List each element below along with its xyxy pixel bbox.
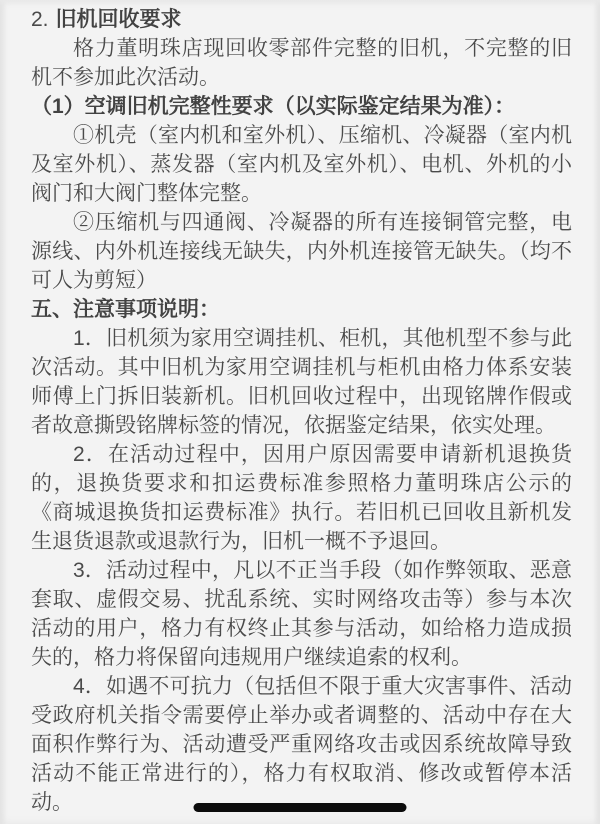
rules-text-body: 2.旧机回收要求 格力董明珠店现回收零部件完整的旧机，不完整的旧机不参加此次活动… [0, 0, 600, 817]
completeness-item-2: ②压缩机与四通阀、冷凝器的所有连接铜管完整，电源线、内外机连接线无缺失，内外机连… [31, 208, 572, 295]
completeness-requirements-heading: （1）空调旧机完整性要求（以实际鉴定结果为准）： [31, 92, 572, 121]
section-2-heading: 2.旧机回收要求 [31, 5, 572, 34]
completeness-item-1: ①机壳（室内机和室外机）、压缩机、冷凝器（室内机及室外机）、蒸发器（室内机及室外… [31, 121, 572, 208]
notes-item-4: 4．如遇不可抗力（包括但不限于重大灾害事件、活动受政府机关指令需要停止举办或者调… [31, 672, 572, 817]
section-2-intro-paragraph: 格力董明珠店现回收零部件完整的旧机，不完整的旧机不参加此次活动。 [31, 34, 572, 92]
home-indicator-bar[interactable] [194, 803, 407, 812]
notes-item-2: 2．在活动过程中，因用户原因需要申请新机退换货的，退换货要求和扣运费标准参照格力… [31, 440, 572, 556]
notes-item-3: 3．活动过程中，凡以不正当手段（如作弊领取、恶意套取、虚假交易、扰乱系统、实时网… [31, 556, 572, 672]
section-2-heading-title: 旧机回收要求 [56, 8, 182, 31]
section-2-heading-number: 2. [31, 8, 49, 31]
activity-rules-page: 2.旧机回收要求 格力董明珠店现回收零部件完整的旧机，不完整的旧机不参加此次活动… [0, 0, 600, 824]
notes-item-1: 1．旧机须为家用空调挂机、柜机，其他机型不参与此次活动。其中旧机为家用空调挂机与… [31, 324, 572, 440]
section-5-heading: 五、注意事项说明： [31, 295, 572, 324]
